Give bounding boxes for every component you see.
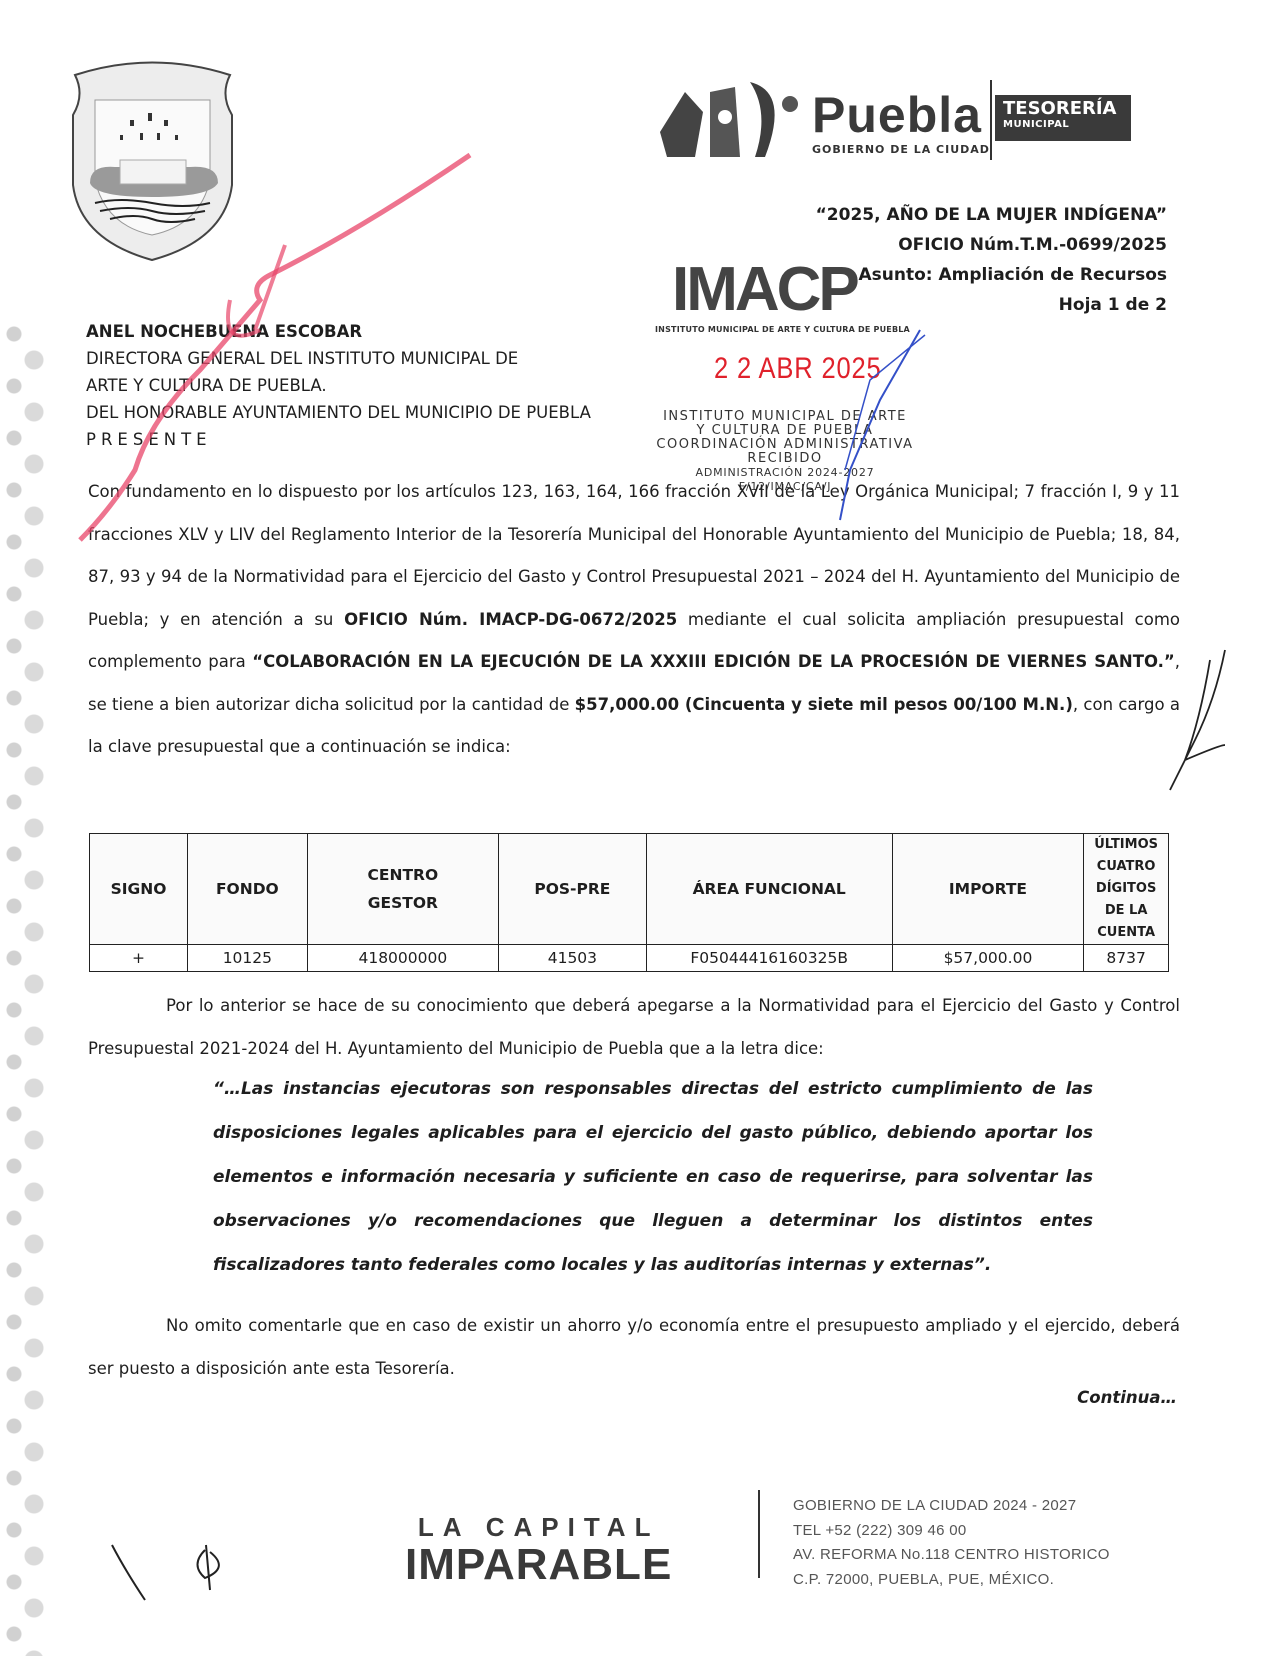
footer-line: TEL +52 (222) 309 46 00: [793, 1519, 1110, 1544]
col-pos-pre: POS-PRE: [499, 834, 647, 945]
puebla-wordmark: Puebla: [812, 86, 982, 144]
slogan-logo: LA CAPITAL IMPARABLE: [405, 1512, 672, 1587]
imacp-institute-line: INSTITUTO MUNICIPAL DE ARTE Y CULTURA DE…: [655, 325, 910, 334]
year-motto: “2025, AÑO DE LA MUJER INDÍGENA”: [816, 200, 1167, 230]
table-row: + 10125 418000000 41503 F05044416160325B…: [90, 945, 1169, 972]
slogan-bottom: IMPARABLE: [405, 1543, 672, 1587]
footer-divider: [758, 1490, 760, 1578]
cell-cuenta: 8737: [1084, 945, 1169, 972]
presente-label: PRESENTE: [86, 426, 591, 453]
cell-importe: $57,000.00: [892, 945, 1084, 972]
paragraph-ahorro: No omito comentarle que en caso de exist…: [88, 1305, 1180, 1390]
col-fondo: FONDO: [188, 834, 308, 945]
tesoreria-subtitle: MUNICIPAL: [1003, 119, 1123, 130]
cell-signo: +: [90, 945, 188, 972]
oficio-reference: OFICIO Núm. IMACP-DG-0672/2025: [344, 610, 677, 629]
footer-line: GOBIERNO DE LA CIUDAD 2024 - 2027: [793, 1494, 1110, 1519]
city-seal-icon: [60, 55, 245, 265]
col-centro-gestor: CENTRO GESTOR: [307, 834, 498, 945]
stamp-line: INSTITUTO MUNICIPAL DE ARTE: [640, 410, 930, 424]
stamp-line: COORDINACIÓN ADMINISTRATIVA: [640, 438, 930, 452]
cell-pos-pre: 41503: [499, 945, 647, 972]
decorative-border-pattern: [0, 320, 50, 1656]
recipient-name: ANEL NOCHEBUENA ESCOBAR: [86, 318, 591, 345]
oficio-number: OFICIO Núm.T.M.-0699/2025: [816, 230, 1167, 260]
cell-area-funcional: F05044416160325B: [646, 945, 892, 972]
project-name: “COLABORACIÓN EN LA EJECUCIÓN DE LA XXXI…: [252, 652, 1174, 671]
document-reference-block: “2025, AÑO DE LA MUJER INDÍGENA” OFICIO …: [816, 200, 1167, 320]
page-indicator: Hoja 1 de 2: [816, 290, 1167, 320]
footer-initials-icon: [112, 1545, 219, 1600]
col-importe: IMPORTE: [892, 834, 1084, 945]
recipient-title-line: ARTE Y CULTURA DE PUEBLA.: [86, 372, 591, 399]
paragraph-authorization: Con fundamento en lo dispuesto por los a…: [88, 471, 1180, 769]
received-date-stamp: 2 2 ABR 2025: [714, 352, 882, 386]
table-header-row: SIGNO FONDO CENTRO GESTOR POS-PRE ÁREA F…: [90, 834, 1169, 945]
cell-centro-gestor: 418000000: [307, 945, 498, 972]
tesoreria-badge: TESORERÍA MUNICIPAL: [995, 95, 1131, 141]
cell-fondo: 10125: [188, 945, 308, 972]
gobierno-ciudad-label: GOBIERNO DE LA CIUDAD: [812, 143, 990, 156]
stamp-line: Y CULTURA DE PUEBLA: [640, 424, 930, 438]
continues-label: Continua…: [1077, 1388, 1177, 1407]
recipient-title-line: DIRECTORA GENERAL DEL INSTITUTO MUNICIPA…: [86, 345, 591, 372]
text-run: Con fundamento en lo dispuesto por los a…: [88, 482, 1180, 629]
paragraph-normatividad: Por lo anterior se hace de su conocimien…: [88, 985, 1180, 1070]
normatividad-quote: “…Las instancias ejecutoras son responsa…: [213, 1067, 1093, 1287]
col-area-funcional: ÁREA FUNCIONAL: [646, 834, 892, 945]
footer-contact-info: GOBIERNO DE LA CIUDAD 2024 - 2027 TEL +5…: [793, 1494, 1110, 1592]
imacp-logo: IMACP: [672, 258, 857, 322]
footer-line: C.P. 72000, PUEBLA, PUE, MÉXICO.: [793, 1568, 1110, 1593]
tesoreria-title: TESORERÍA: [1003, 99, 1123, 119]
authorized-amount: $57,000.00 (Cincuenta y siete mil pesos …: [575, 695, 1073, 714]
asunto-line: Asunto: Ampliación de Recursos: [816, 260, 1167, 290]
stamp-line: RECIBIDO: [640, 452, 930, 466]
header-divider: [990, 80, 992, 160]
puebla-city-emblem-icon: [655, 72, 805, 164]
recipient-block: ANEL NOCHEBUENA ESCOBAR DIRECTORA GENERA…: [86, 318, 591, 453]
slogan-top: LA CAPITAL: [405, 1512, 672, 1543]
footer-line: AV. REFORMA No.118 CENTRO HISTORICO: [793, 1543, 1110, 1568]
budget-key-table: SIGNO FONDO CENTRO GESTOR POS-PRE ÁREA F…: [89, 833, 1169, 972]
recipient-title-line: DEL HONORABLE AYUNTAMIENTO DEL MUNICIPIO…: [86, 399, 591, 426]
col-ultimos-digitos: ÚLTIMOS CUATRO DÍGITOS DE LA CUENTA: [1084, 834, 1169, 945]
col-signo: SIGNO: [90, 834, 188, 945]
